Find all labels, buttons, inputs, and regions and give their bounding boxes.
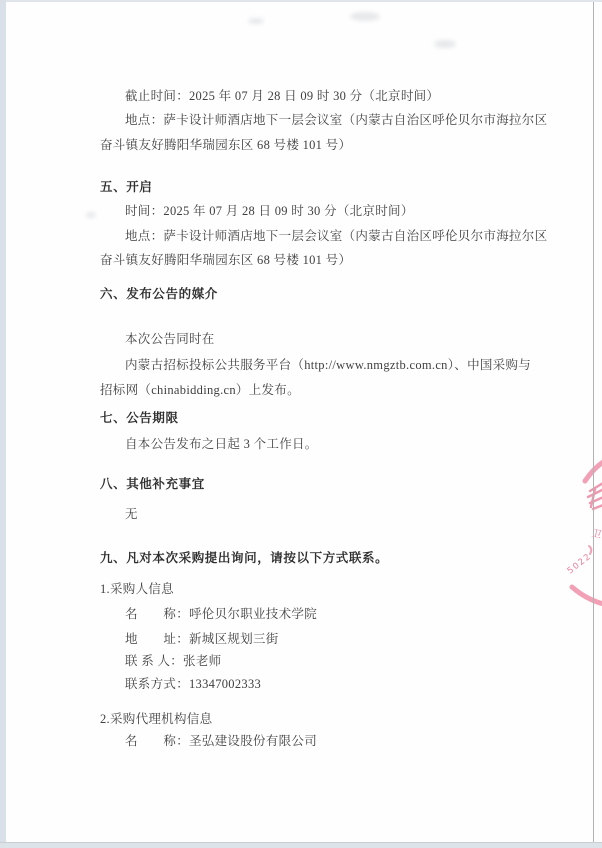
section6-line2: 内蒙古招标投标公共服务平台（http://www.nmgztb.com.cn）、… — [125, 353, 531, 377]
section6-heading: 六、发布公告的媒介 — [100, 282, 218, 306]
submission-deadline-line: 截止时间：2025 年 07 月 28 日 09 时 30 分（北京时间） — [125, 84, 439, 108]
section6-line3: 招标网（chinabidding.cn）上发布。 — [100, 378, 300, 402]
section8-body: 无 — [125, 502, 138, 526]
red-seal-stamp-icon: 卫 5022 — [564, 454, 602, 609]
section7-body: 自本公告发布之日起 3 个工作日。 — [125, 432, 318, 456]
scanned-page: 截止时间：2025 年 07 月 28 日 09 时 30 分（北京时间） 地点… — [0, 0, 602, 848]
purchaser-info-title: 1.采购人信息 — [100, 577, 174, 601]
scan-smudge — [86, 212, 96, 218]
document-page: 截止时间：2025 年 07 月 28 日 09 时 30 分（北京时间） 地点… — [6, 2, 602, 842]
scan-smudge — [434, 40, 456, 48]
stamp-digits: 5022 — [566, 551, 594, 576]
purchaser-name: 名 称：呼伦贝尔职业技术学院 — [125, 602, 317, 626]
scan-smudge — [248, 18, 264, 24]
scan-bottom-border — [0, 842, 602, 848]
scan-smudge — [350, 12, 380, 21]
section9-heading: 九、凡对本次采购提出询问，请按以下方式联系。 — [100, 546, 388, 570]
section5-heading: 五、开启 — [100, 175, 152, 199]
section7-heading: 七、公告期限 — [100, 406, 179, 430]
section5-time-line: 时间：2025 年 07 月 28 日 09 时 30 分（北京时间） — [125, 199, 414, 223]
section5-location-line1: 地点：萨卡设计师酒店地下一层会议室（内蒙古自治区呼伦贝尔市海拉尔区 — [125, 224, 547, 248]
agency-name: 名 称：圣弘建设股份有限公司 — [125, 729, 317, 753]
scan-left-border — [0, 0, 6, 848]
section5-location-line2: 奋斗镇友好腾阳华瑞园东区 68 号楼 101 号） — [100, 248, 351, 272]
purchaser-address: 地 址：新城区规划三街 — [125, 627, 279, 651]
page-edge-line — [593, 2, 594, 842]
section8-heading: 八、其他补充事宜 — [100, 472, 205, 496]
purchaser-contact: 联 系 人：张老师 — [125, 649, 221, 673]
submission-location-line1: 地点：萨卡设计师酒店地下一层会议室（内蒙古自治区呼伦贝尔市海拉尔区 — [125, 108, 547, 132]
submission-location-line2: 奋斗镇友好腾阳华瑞园东区 68 号楼 101 号） — [100, 133, 351, 157]
purchaser-phone: 联系方式：13347002333 — [125, 672, 261, 696]
agency-info-title: 2.采购代理机构信息 — [100, 707, 212, 731]
section6-line1: 本次公告同时在 — [125, 327, 215, 351]
